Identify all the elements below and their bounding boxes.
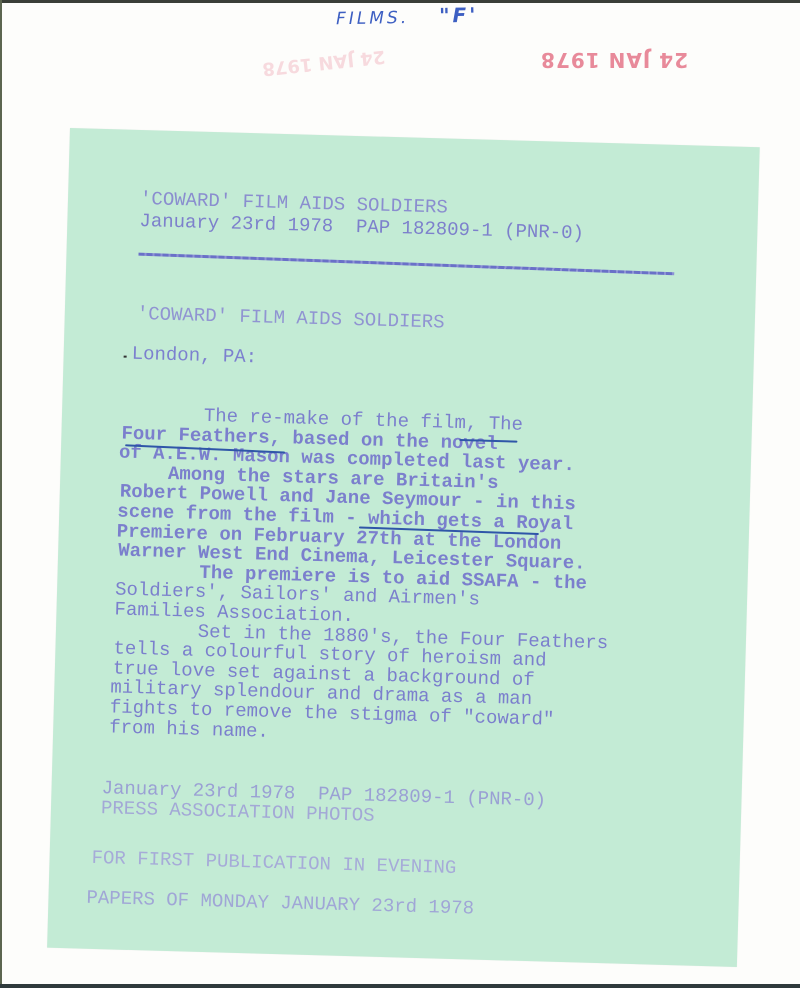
footer-embargo-line-2: PAPERS OF MONDAY JANUARY 23rd 1978 [86,889,474,919]
handwritten-code: "F' [439,3,479,28]
bottom-border [0,984,800,988]
story-body: The re-make of the film, TheFour Feather… [70,128,760,147]
date-stamp: 24 JAN 1978 [540,48,688,72]
story-title: 'COWARD' FILM AIDS SOLDIERS [137,305,445,333]
header-ref-line: January 23rd 1978 PAP 182809-1 (PNR-0) [139,212,584,243]
footer-embargo-line-1: FOR FIRST PUBLICATION IN EVENING [91,849,456,878]
footer-agency: PRESS ASSOCIATION PHOTOS [101,799,375,826]
date-stamp-ghost: 24 JAN 1978 [261,46,386,80]
caption-slip: 'COWARD' FILM AIDS SOLDIERS January 23rd… [47,128,760,967]
dateline: London, PA: [131,345,257,367]
ink-speck [124,356,127,358]
top-border [0,0,800,3]
header-divider [138,253,674,276]
handwritten-category: FILMS. [336,8,409,29]
left-border [0,0,2,988]
body-line: from his name. [109,718,269,741]
handwritten-annotation: FILMS."F' [336,3,479,29]
